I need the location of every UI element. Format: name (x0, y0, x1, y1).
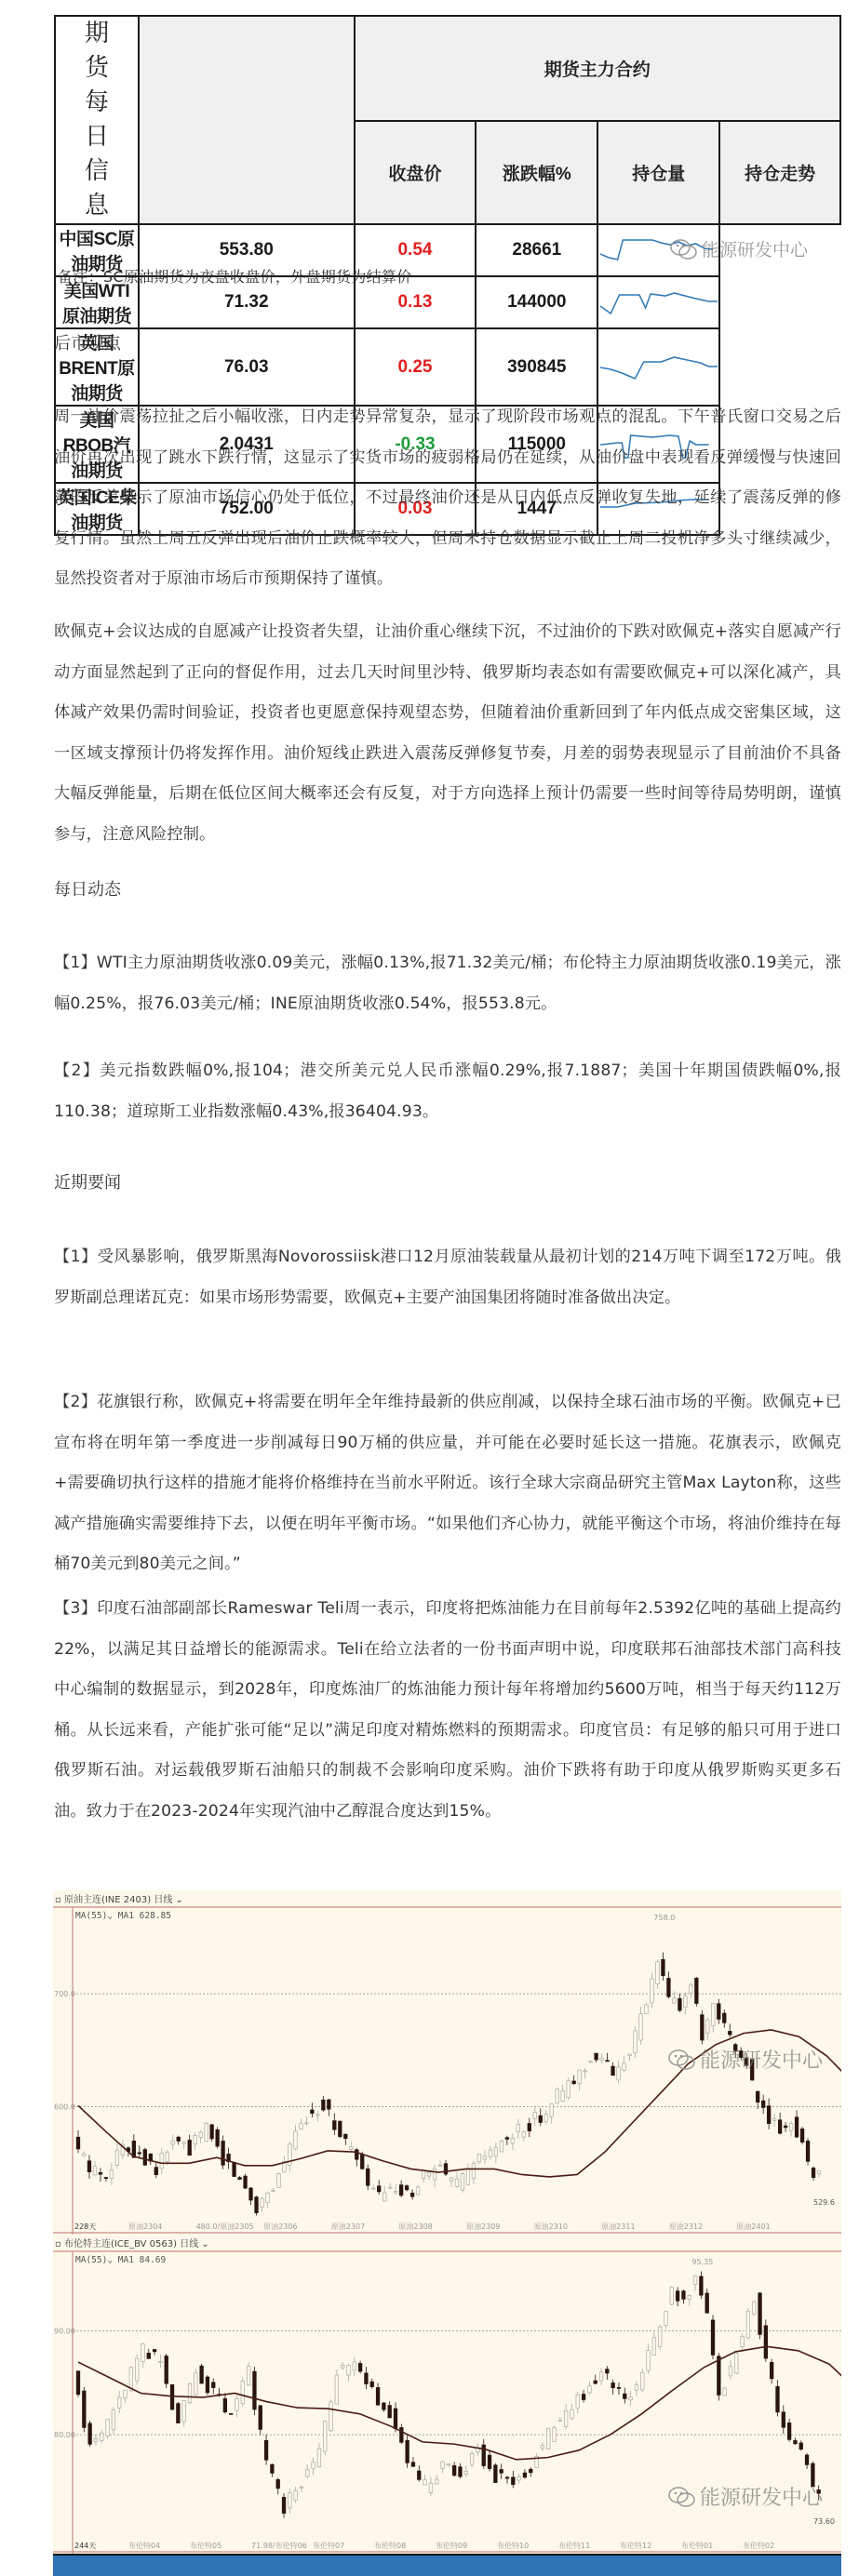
side-title-char: 货 (56, 51, 138, 86)
wechat-icon (670, 237, 698, 261)
svg-text:▫ 布伦特主连(ICE_BV 0563) 日线 ⌄: ▫ 布伦特主连(ICE_BV 0563) 日线 ⌄ (55, 2237, 209, 2249)
side-title-char: 期 (56, 17, 138, 51)
svg-text:MA(55)⌄ MA1 84.69: MA(55)⌄ MA1 84.69 (75, 2255, 167, 2265)
wechat-icon (668, 2048, 696, 2072)
svg-text:244天: 244天 (74, 2542, 96, 2550)
open-interest: 390845 (476, 328, 597, 406)
svg-text:原油2310: 原油2310 (534, 2222, 568, 2231)
side-title-chars: 期货每日信息 (56, 17, 138, 223)
svg-text:原油2306: 原油2306 (263, 2222, 297, 2231)
svg-text:529.6: 529.6 (813, 2198, 835, 2207)
side-title: 期货每日信息 (55, 16, 139, 224)
group-header: 期货主力合约 (355, 16, 840, 121)
watermark: 能源研发中心 (668, 2045, 823, 2074)
svg-text:布伦特10: 布伦特10 (497, 2541, 529, 2550)
open-interest: 28661 (476, 224, 597, 276)
svg-text:原油2312: 原油2312 (669, 2222, 703, 2231)
section-title-daily: 每日动态 (54, 876, 121, 901)
news-item: 【1】受风暴影响，俄罗斯黑海Novorossiisk港口12月原油装载量从最初计… (54, 1237, 841, 1318)
daily-item: 【1】WTI主力原油期货收涨0.09美元，涨幅0.13%,报71.32美元/桶；… (54, 943, 841, 1024)
close-price: 76.03 (139, 328, 355, 406)
svg-text:原油2304: 原油2304 (128, 2222, 162, 2231)
svg-text:布伦特07: 布伦特07 (313, 2541, 344, 2550)
col-header-open-interest: 持仓量 (597, 121, 719, 224)
svg-text:布伦特05: 布伦特05 (190, 2541, 221, 2550)
svg-text:布伦特02: 布伦特02 (743, 2541, 774, 2550)
svg-text:228天: 228天 (74, 2222, 96, 2231)
news-item: 【2】花旗银行称，欧佩克+将需要在明年全年维持最新的供应削减，以保持全球石油市场… (54, 1382, 841, 1585)
watermark-text: 能源研发中心 (700, 2482, 823, 2511)
svg-text:700.0: 700.0 (54, 1990, 75, 1998)
side-title-char: 日 (56, 120, 138, 154)
trend-sparkline (597, 328, 719, 406)
watermark: 能源研发中心 (670, 236, 808, 261)
svg-text:95.35: 95.35 (691, 2258, 713, 2266)
svg-text:原油2311: 原油2311 (601, 2222, 635, 2231)
side-title-char: 息 (56, 189, 138, 223)
svg-text:布伦特09: 布伦特09 (436, 2541, 467, 2550)
svg-text:480.0/原油2305: 480.0/原油2305 (196, 2222, 254, 2231)
svg-text:布伦特11: 布伦特11 (558, 2541, 590, 2550)
svg-text:758.0: 758.0 (653, 1914, 675, 1922)
svg-text:原油2401: 原油2401 (736, 2222, 770, 2231)
outlook-paragraph: 周一油价震荡拉扯之后小幅收涨，日内走势异常复杂，显示了现阶段市场观点的混乱。下午… (54, 397, 841, 600)
change-pct: 0.25 (355, 328, 476, 406)
col-header-close: 收盘价 (355, 121, 476, 224)
watermark: 能源研发中心 (668, 2482, 823, 2511)
section-title-news: 近期要闻 (54, 1169, 121, 1194)
svg-text:原油2308: 原油2308 (398, 2222, 432, 2231)
watermark-text: 能源研发中心 (700, 2045, 823, 2074)
side-title-char: 信 (56, 154, 138, 189)
svg-text:71.98/布伦特06: 71.98/布伦特06 (251, 2541, 307, 2550)
svg-text:原油2307: 原油2307 (331, 2222, 365, 2231)
section-title-outlook: 后市观点 (54, 330, 121, 354)
wechat-icon (668, 2485, 696, 2509)
svg-text:80.00: 80.00 (54, 2431, 75, 2439)
watermark-text: 能源研发中心 (702, 236, 808, 261)
svg-text:原油2309: 原油2309 (466, 2222, 500, 2231)
svg-text:600.0: 600.0 (54, 2103, 75, 2112)
side-title-char: 每 (56, 86, 138, 120)
outlook-paragraph: 欧佩克+会议达成的自愿减产让投资者失望，让油价重心继续下沉，不过油价的下跌对欧佩… (54, 612, 841, 855)
svg-text:布伦特01: 布伦特01 (681, 2541, 713, 2550)
news-item: 【3】印度石油部副部长Rameswar Teli周一表示，印度将把炼油能力在目前… (54, 1589, 841, 1832)
svg-text:布伦特08: 布伦特08 (374, 2541, 406, 2550)
table-note: 备注：SC原油期货为夜盘收盘价，外盘期货为结算价 (58, 265, 412, 287)
open-interest: 144000 (476, 276, 597, 328)
header-blank-cell (139, 16, 355, 224)
svg-text:▫ 原油主连(INE 2403) 日线 ⌄: ▫ 原油主连(INE 2403) 日线 ⌄ (55, 1893, 183, 1905)
table-row: 英国BRENT原油期货 76.03 0.25 390845 (55, 328, 840, 406)
svg-text:90.00: 90.00 (54, 2328, 75, 2336)
svg-text:布伦特12: 布伦特12 (620, 2541, 651, 2550)
footer-bar (53, 2554, 841, 2576)
daily-item: 【2】美元指数跌幅0%,报104；港交所美元兑人民币涨幅0.29%,报7.188… (54, 1051, 841, 1132)
col-header-trend: 持仓走势 (719, 121, 840, 224)
svg-text:布伦特04: 布伦特04 (128, 2541, 160, 2550)
col-header-change: 涨跌幅% (476, 121, 597, 224)
trend-sparkline (597, 276, 719, 328)
svg-text:MA(55)⌄ MA1 628.85: MA(55)⌄ MA1 628.85 (75, 1911, 171, 1921)
svg-text:73.60: 73.60 (813, 2517, 835, 2526)
